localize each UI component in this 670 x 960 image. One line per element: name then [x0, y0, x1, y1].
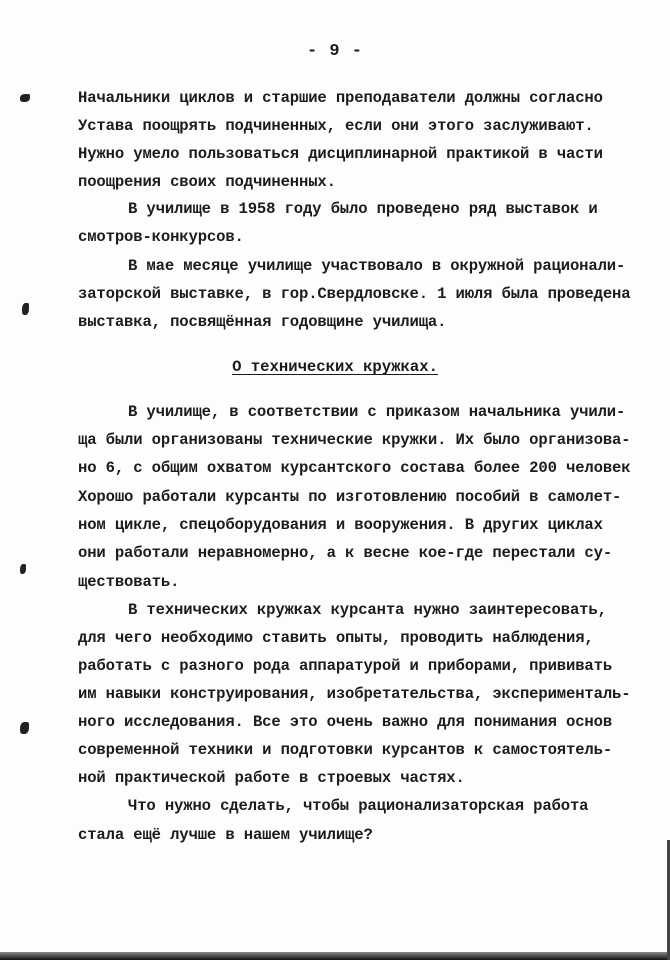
document-page: - 9 - Начальники циклов и старшие препод… — [0, 0, 670, 960]
text-line: им навыки конструирования, изобретательс… — [78, 685, 630, 703]
text-line: они работали неравномерно, а к весне кое… — [78, 544, 612, 562]
punch-hole-mark-icon — [20, 94, 30, 102]
text-line: ной практической работе в строевых частя… — [78, 769, 465, 787]
text-line: Устава поощрять подчиненных, если они эт… — [78, 117, 594, 135]
text-line: поощрения своих подчиненных. — [78, 173, 336, 191]
text-line: заторской выставке, в гор.Свердловске. 1… — [78, 285, 630, 303]
text-line: современной техники и подготовки курсант… — [78, 741, 612, 759]
text-line: ща были организованы технические кружки.… — [78, 431, 630, 449]
text-line: ного исследования. Все это очень важно д… — [78, 713, 612, 731]
section-heading: О технических кружках. — [0, 358, 670, 376]
text-line: но 6, с общим охватом курсантского соста… — [78, 459, 630, 477]
text-line: стала ещё лучше в нашем училище? — [78, 826, 373, 844]
text-line: для чего необходимо ставить опыты, прово… — [78, 629, 594, 647]
text-line: В училище в 1958 году было проведено ряд… — [128, 200, 598, 218]
text-line: ном цикле, спецоборудования и вооружения… — [78, 516, 603, 534]
punch-hole-mark-icon — [20, 722, 29, 734]
text-line: В мае месяце училище участвовало в окруж… — [128, 257, 625, 275]
scan-bottom-edge — [0, 952, 670, 960]
section-heading-text: О технических кружках. — [232, 358, 438, 376]
punch-hole-mark-icon — [22, 303, 29, 315]
text-line: выставка, посвящённая годовщине училища. — [78, 313, 446, 331]
punch-hole-mark-icon — [20, 564, 26, 574]
text-line: Что нужно сделать, чтобы рационализаторс… — [128, 797, 588, 815]
text-line: В училище, в соответствии с приказом нач… — [128, 403, 625, 421]
text-line: смотров-конкурсов. — [78, 228, 244, 246]
text-line: В технических кружках курсанта нужно заи… — [128, 601, 607, 619]
text-line: Нужно умело пользоваться дисциплинарной … — [78, 145, 603, 163]
text-line: работать с разного рода аппаратурой и пр… — [78, 657, 612, 675]
page-number: - 9 - — [0, 42, 670, 61]
text-line: ществовать. — [78, 573, 179, 591]
text-line: Хорошо работали курсанты по изготовлению… — [78, 488, 621, 506]
text-line: Начальники циклов и старшие преподавател… — [78, 89, 603, 107]
